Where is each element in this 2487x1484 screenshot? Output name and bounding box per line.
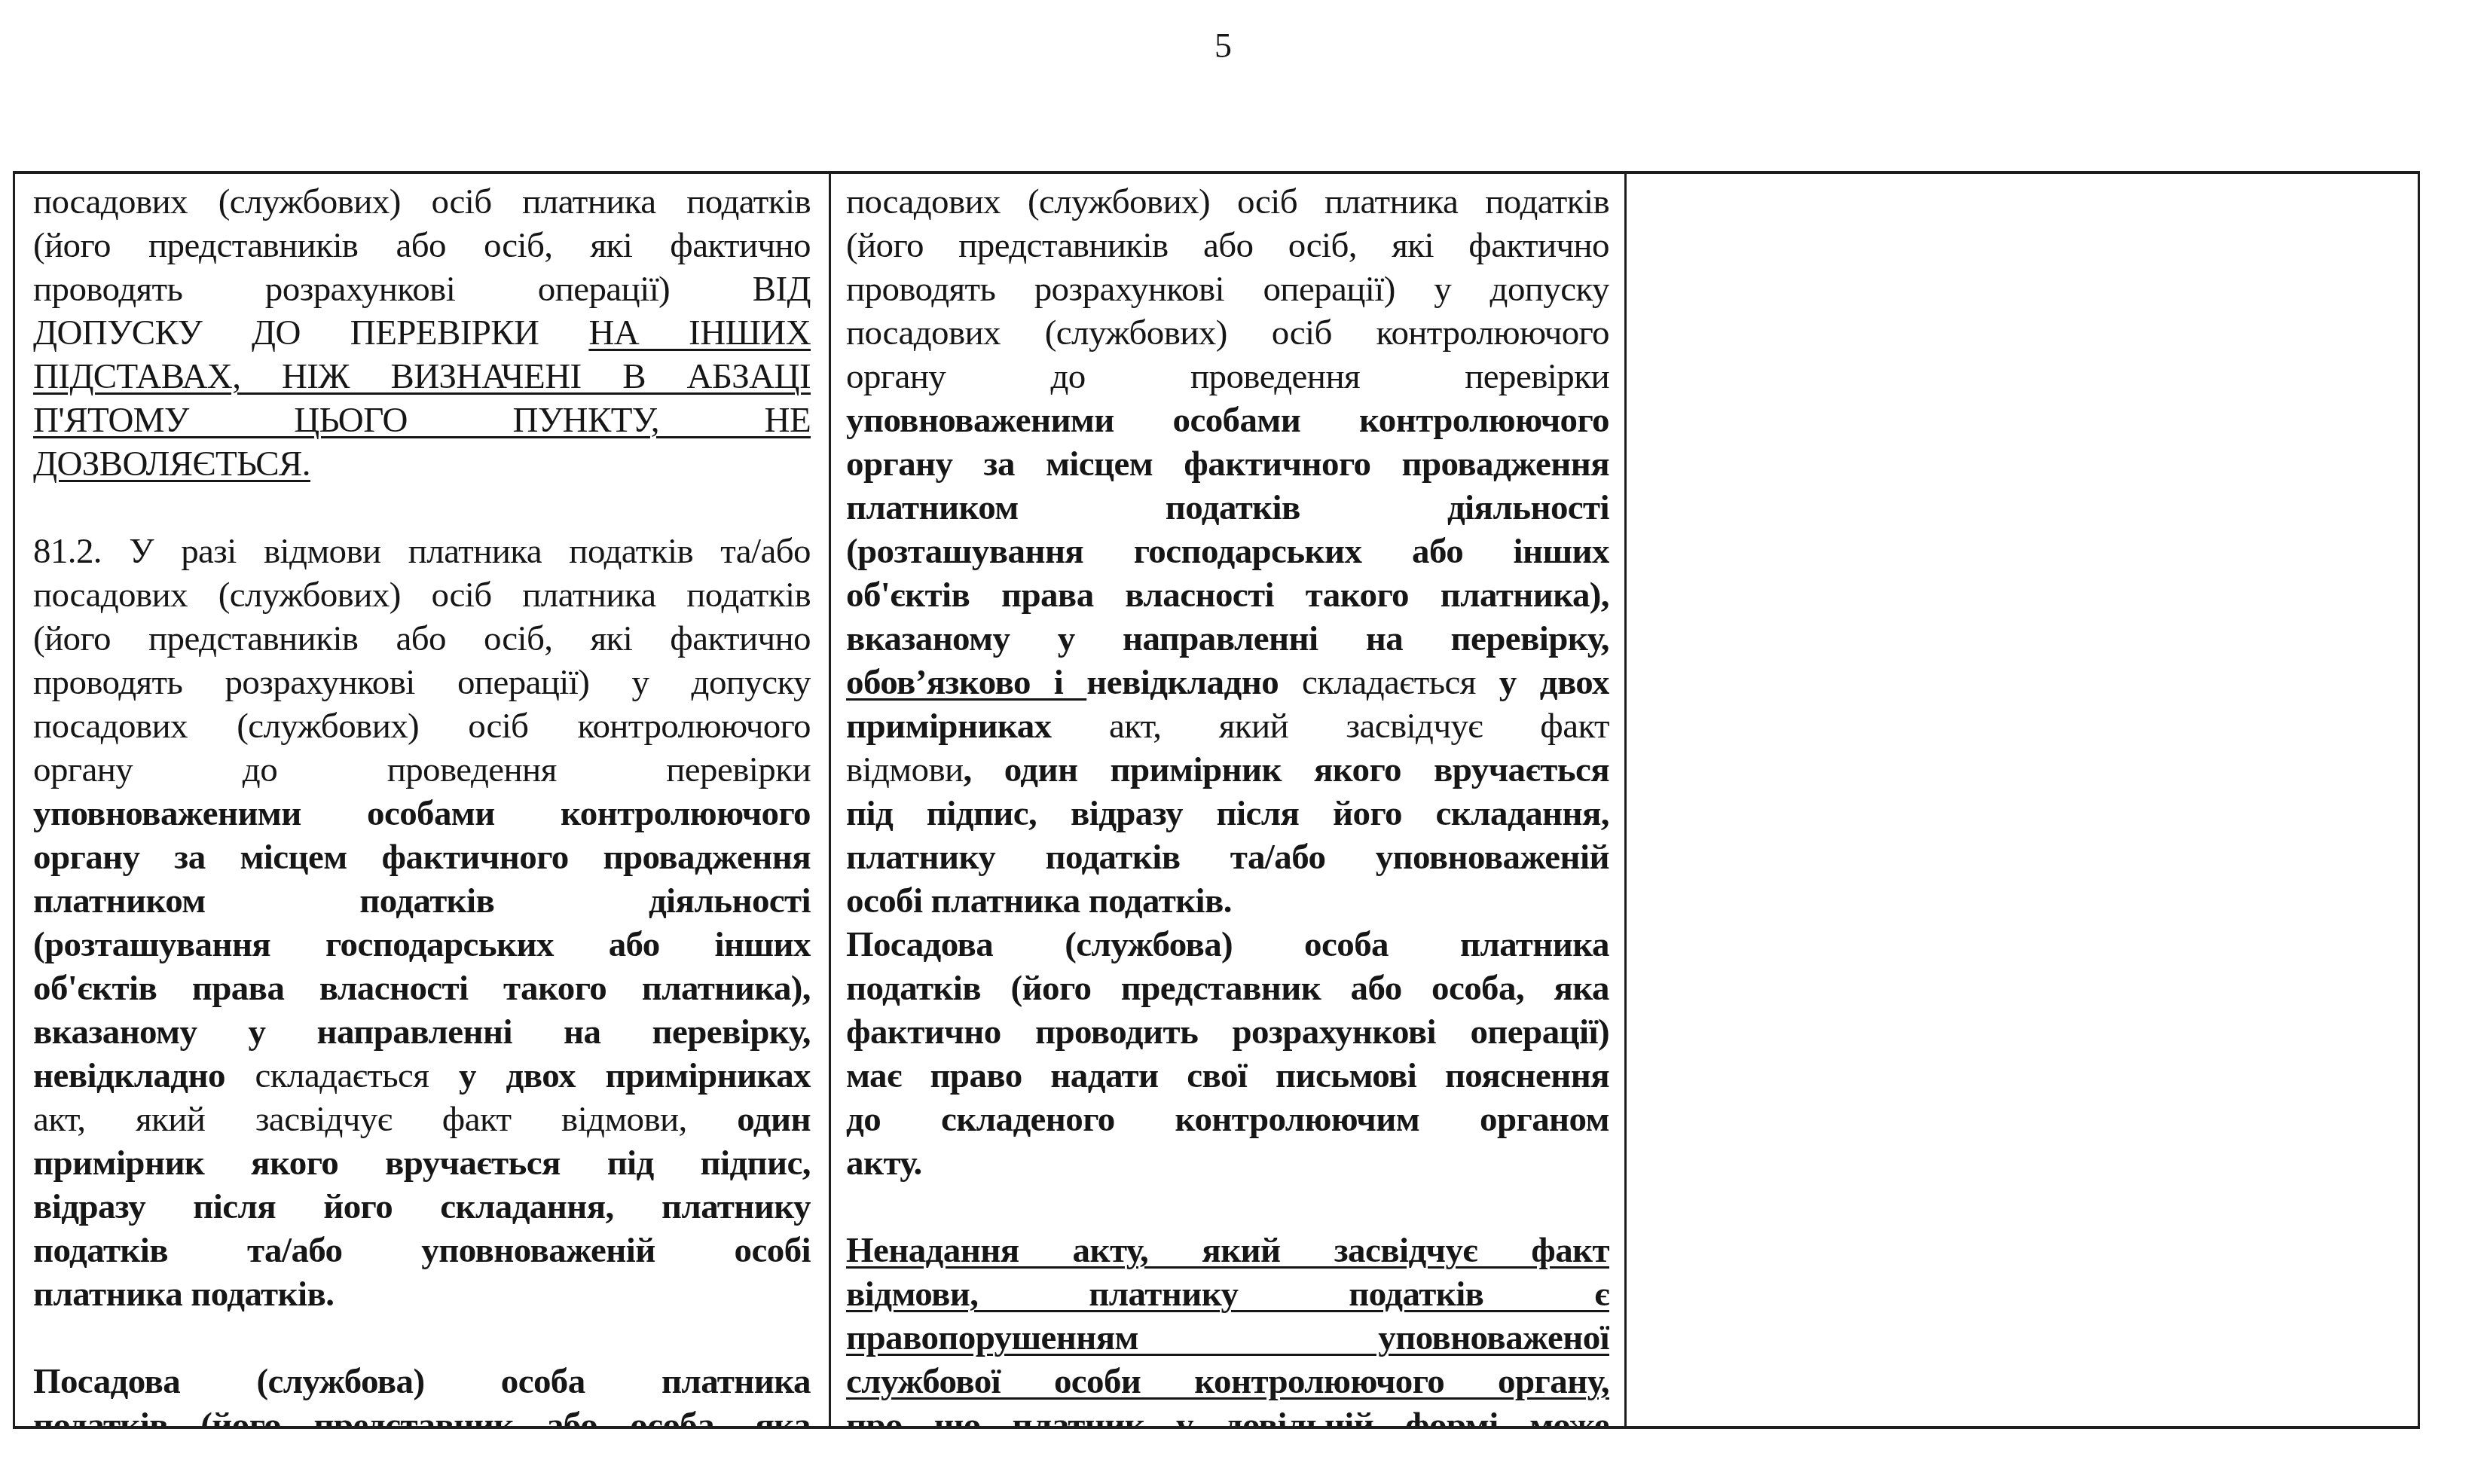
text-line: до складеного контролюючим органом (846, 1098, 1609, 1141)
text-line: Ненадання акту, який засвідчує факт (846, 1229, 1609, 1272)
text-line: проводять розрахункові операції) у допус… (846, 267, 1609, 311)
text-run: НА ІНШИХ (588, 313, 811, 353)
text-run: Ненадання акту, який засвідчує факт (846, 1231, 1609, 1270)
table-cell-current-wording: посадових (службових) осіб платника пода… (15, 174, 831, 1426)
text-run: невідкладно (33, 1056, 225, 1095)
text-line: органу за місцем фактичного провадження (33, 835, 811, 879)
text-run: відмови (846, 750, 964, 789)
text-run: органу за місцем фактичного провадження (846, 444, 1609, 484)
text-line: 81.2. У разі відмови платника податків т… (33, 530, 811, 573)
text-run: платником податків діяльності (846, 488, 1609, 527)
text-line: посадових (службових) осіб контролюючого (846, 311, 1609, 355)
cell-text: посадових (службових) осіб платника пода… (846, 180, 1609, 1426)
text-run: про що платник у довільній формі може (846, 1406, 1609, 1426)
text-line (33, 486, 811, 530)
text-run: один (737, 1100, 811, 1139)
text-run: акт, який засвідчує факт (1051, 707, 1609, 746)
text-line: органу за місцем фактичного провадження (846, 442, 1609, 486)
table-cell-proposed-wording: посадових (службових) осіб платника пода… (831, 174, 1627, 1426)
text-line: платника податків. (33, 1272, 811, 1316)
text-run: під підпис, відразу після його складання… (846, 794, 1609, 833)
text-line: відмови, платнику податків є (846, 1272, 1609, 1316)
text-run: ПІДСТАВАХ, НІЖ ВИЗНАЧЕНІ В АБЗАЦІ (33, 357, 811, 396)
text-line: уповноваженими особами контролюючого (846, 398, 1609, 442)
text-line: Посадова (службова) особа платника (33, 1360, 811, 1403)
text-line: податків (його представник або особа, як… (33, 1403, 811, 1426)
text-run: посадових (службових) осіб контролюючого (33, 707, 811, 746)
text-line: ПІДСТАВАХ, НІЖ ВИЗНАЧЕНІ В АБЗАЦІ (33, 355, 811, 398)
text-run: органу до проведення перевірки (846, 357, 1609, 396)
text-line: під підпис, відразу після його складання… (846, 792, 1609, 835)
text-line: (його представників або осіб, які фактич… (33, 224, 811, 267)
text-run: (його представників або осіб, які фактич… (846, 226, 1609, 265)
text-line: особі платника податків. (846, 879, 1609, 923)
text-run: об'єктів права власності такого платника… (846, 576, 1609, 615)
text-run: ДОЗВОЛЯЄТЬСЯ. (33, 444, 310, 484)
text-line: посадових (службових) осіб контролюючого (33, 704, 811, 748)
text-run: акт, який засвідчує факт відмови, (33, 1100, 737, 1139)
text-run: обов’язково і (846, 663, 1086, 702)
text-line: платнику податків та/або уповноваженій (846, 835, 1609, 879)
text-line: акту. (846, 1141, 1609, 1185)
text-run: має право надати свої письмові пояснення (846, 1056, 1609, 1095)
text-run: у двох примірниках (459, 1056, 811, 1095)
text-run: органу за місцем фактичного провадження (33, 838, 811, 877)
text-run: платнику податків та/або уповноваженій (846, 838, 1609, 877)
text-run: посадових (службових) осіб платника пода… (33, 182, 811, 221)
table-cell-notes (1627, 174, 2418, 1426)
text-run: (розташування господарських або інших (33, 925, 811, 964)
text-run: до складеного контролюючим органом (846, 1100, 1609, 1139)
text-run: (його представників або осіб, які фактич… (33, 226, 811, 265)
text-line: проводять розрахункові операції) ВІД (33, 267, 811, 311)
text-line: посадових (службових) осіб платника пода… (33, 573, 811, 617)
cell-text: посадових (службових) осіб платника пода… (33, 180, 811, 1426)
page-number: 5 (1214, 27, 1232, 65)
text-run: уповноваженими особами контролюючого (33, 794, 811, 833)
text-line: про що платник у довільній формі може (846, 1403, 1609, 1426)
text-line (846, 1185, 1609, 1229)
text-run: складається (1279, 663, 1499, 702)
text-line: платником податків діяльності (846, 486, 1609, 530)
text-line: невідкладно складається у двох примірник… (33, 1054, 811, 1098)
text-line: П'ЯТОМУ ЦЬОГО ПУНКТУ, НЕ (33, 398, 811, 442)
text-run: невідкладно (1086, 663, 1279, 702)
text-run: (його представників або осіб, які фактич… (33, 619, 811, 658)
text-line: примірниках акт, який засвідчує факт (846, 704, 1609, 748)
text-line: відмови, один примірник якого вручається (846, 748, 1609, 792)
text-line: проводять розрахункові операції) у допус… (33, 661, 811, 704)
text-run: фактично проводить розрахункові операції… (846, 1012, 1609, 1052)
text-run: ДОПУСКУ ДО ПЕРЕВІРКИ (33, 313, 588, 353)
text-run: особі платника податків. (846, 881, 1232, 921)
text-run: примірник якого вручається під підпис, (33, 1144, 811, 1183)
text-line: акт, який засвідчує факт відмови, один (33, 1098, 811, 1141)
text-line: (його представників або осіб, які фактич… (33, 617, 811, 661)
text-line: примірник якого вручається під підпис, (33, 1141, 811, 1185)
text-run: у двох (1499, 663, 1609, 702)
text-run: 81.2. У разі відмови платника податків т… (33, 532, 811, 571)
text-line: правопорушенням уповноваженої (846, 1316, 1609, 1360)
text-line: вказаному у направленні на перевірку, (846, 617, 1609, 661)
text-line: ДОПУСКУ ДО ПЕРЕВІРКИ НА ІНШИХ (33, 311, 811, 355)
text-line: податків та/або уповноваженій особі (33, 1229, 811, 1272)
text-run: , один примірник якого вручається (964, 750, 1609, 789)
text-run: Посадова (службова) особа платника (846, 925, 1609, 964)
text-line: (його представників або осіб, які фактич… (846, 224, 1609, 267)
text-run: (розташування господарських або інших (846, 532, 1609, 571)
text-run: примірниках (846, 707, 1051, 746)
text-line: платником податків діяльності (33, 879, 811, 923)
text-line: вказаному у направленні на перевірку, (33, 1010, 811, 1054)
text-line: (розташування господарських або інших (846, 530, 1609, 573)
text-run: Посадова (службова) особа платника (33, 1362, 811, 1401)
text-run: правопорушенням уповноваженої (846, 1318, 1609, 1357)
text-run: вказаному у направленні на перевірку, (33, 1012, 811, 1052)
text-run: акту. (846, 1144, 922, 1183)
text-run: відмови, платнику податків є (846, 1275, 1609, 1314)
text-line: ДОЗВОЛЯЄТЬСЯ. (33, 442, 811, 486)
text-run: відразу після його складання, платнику (33, 1187, 811, 1226)
text-run: уповноваженими особами контролюючого (846, 401, 1609, 440)
text-line: (розташування господарських або інших (33, 923, 811, 966)
text-line: посадових (службових) осіб платника пода… (846, 180, 1609, 224)
text-line: об'єктів права власності такого платника… (33, 966, 811, 1010)
text-run: об'єктів права власності такого платника… (33, 969, 811, 1008)
text-run: платником податків діяльності (33, 881, 811, 921)
text-line: обов’язково і невідкладно складається у … (846, 661, 1609, 704)
text-line: посадових (службових) осіб платника пода… (33, 180, 811, 224)
text-line: має право надати свої письмові пояснення (846, 1054, 1609, 1098)
text-line: органу до проведення перевірки (33, 748, 811, 792)
text-run: службової особи контролюючого органу, (846, 1362, 1609, 1401)
text-run: податків (його представник або особа, як… (846, 969, 1609, 1008)
text-line: об'єктів права власності такого платника… (846, 573, 1609, 617)
text-run: органу до проведення перевірки (33, 750, 811, 789)
text-run: податків та/або уповноваженій особі (33, 1231, 811, 1270)
text-line: уповноваженими особами контролюючого (33, 792, 811, 835)
text-run: П'ЯТОМУ ЦЬОГО ПУНКТУ, НЕ (33, 401, 811, 440)
text-run: вказаному у направленні на перевірку, (846, 619, 1609, 658)
text-line: податків (його представник або особа, як… (846, 966, 1609, 1010)
text-run: посадових (службових) осіб контролюючого (846, 313, 1609, 353)
text-run: проводять розрахункові операції) у допус… (33, 663, 811, 702)
text-run: посадових (службових) осіб платника пода… (33, 576, 811, 615)
text-line: відразу після його складання, платнику (33, 1185, 811, 1229)
text-line: службової особи контролюючого органу, (846, 1360, 1609, 1403)
text-line (33, 1316, 811, 1360)
text-run: складається (225, 1056, 459, 1095)
text-run: посадових (службових) осіб платника пода… (846, 182, 1609, 221)
text-run: проводять розрахункові операції) ВІД (33, 270, 811, 309)
text-run: платника податків. (33, 1275, 334, 1314)
text-line: Посадова (службова) особа платника (846, 923, 1609, 966)
text-run: податків (його представник або особа, як… (33, 1406, 811, 1426)
text-line: фактично проводить розрахункові операції… (846, 1010, 1609, 1054)
text-run: проводять розрахункові операції) у допус… (846, 270, 1609, 309)
comparison-table: посадових (службових) осіб платника пода… (13, 171, 2420, 1429)
text-line: органу до проведення перевірки (846, 355, 1609, 398)
